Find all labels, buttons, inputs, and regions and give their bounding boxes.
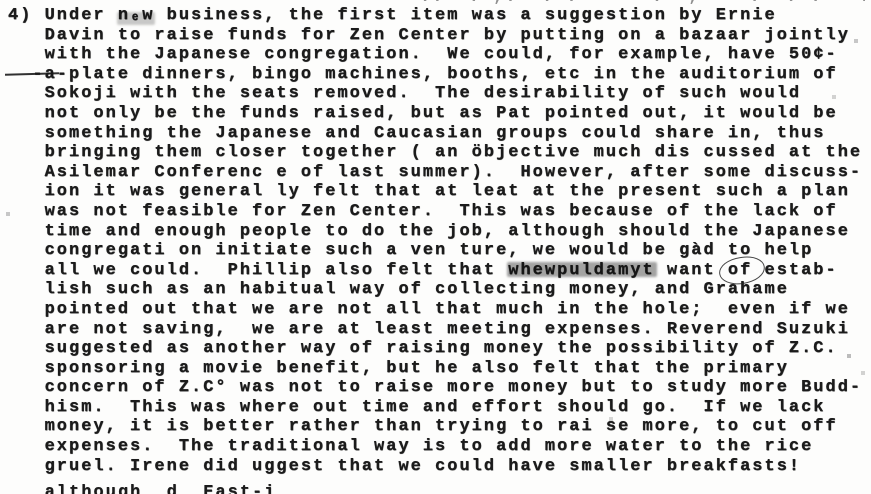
clipped-next-line: although d East-i bbox=[8, 483, 858, 494]
text-line: suggested as another way of raising mone… bbox=[8, 339, 862, 359]
text-line: was not feasible for Zen Center. This wa… bbox=[8, 202, 862, 222]
text-line: money, it is better rather than trying t… bbox=[8, 417, 862, 437]
text-line: concern of Z.C° was not to raise more mo… bbox=[8, 378, 862, 398]
typewritten-text: 4) Under nₑw business, the first item wa… bbox=[8, 6, 862, 476]
text-line: time and enough people to do the job, al… bbox=[8, 222, 862, 242]
overstrike-smear-new bbox=[117, 12, 155, 25]
text-line: not only be the funds raised, but as Pat… bbox=[8, 104, 862, 124]
document-page: .. ·: ,. ·. :' ·· ': ·, ·· .' . :· ·. , … bbox=[0, 0, 871, 494]
text-line: hism. This was where out time and effort… bbox=[8, 398, 862, 418]
text-line: Asilemar Conferenc e of last summer). Ho… bbox=[8, 163, 862, 183]
text-line: gruel. Irene did uggest that we could ha… bbox=[8, 457, 862, 477]
text-line: bringing them closer together ( an öbjec… bbox=[8, 143, 862, 163]
text-line: -a-plate dinners, bingo machines, booths… bbox=[8, 65, 862, 85]
text-line: sponsoring a movie benefit, but he also … bbox=[8, 359, 862, 379]
text-line: are not saving, we are at least meeting … bbox=[8, 320, 862, 340]
overstrike-smear bbox=[507, 262, 657, 277]
ink-specks bbox=[0, 0, 2, 2]
text-line: something the Japanese and Caucasian gro… bbox=[8, 124, 862, 144]
text-line: Davin to raise funds for Zen Center by p… bbox=[8, 26, 862, 46]
text-line: with the Japanese congregation. We could… bbox=[8, 45, 862, 65]
text-line: pointed out that we are not all that muc… bbox=[8, 300, 862, 320]
text-line: Sokoji with the seats removed. The desir… bbox=[8, 84, 862, 104]
text-line: expenses. The traditional way is to add … bbox=[8, 437, 862, 457]
text-line: ion it was general ly felt that at leat … bbox=[8, 182, 862, 202]
